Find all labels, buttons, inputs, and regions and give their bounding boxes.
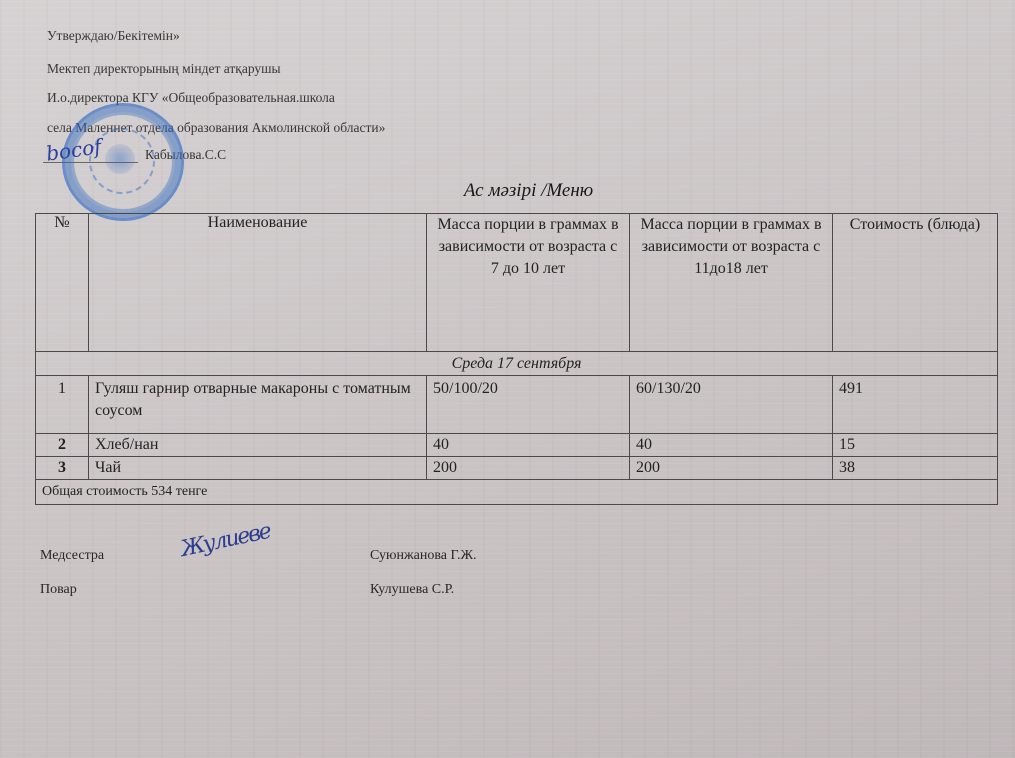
cook-role: Повар	[40, 582, 77, 597]
row-cost: 38	[833, 457, 998, 480]
cook-signature-row: Повар Кулушева С.Р.	[40, 582, 77, 598]
menu-table: № Наименование Масса порции в граммах в …	[35, 213, 998, 505]
row-mass-11-18: 200	[630, 457, 833, 480]
table-row: 3 Чай 200 200 38	[36, 457, 998, 480]
header-mass-11-18: Масса порции в граммах в зависимости от …	[630, 214, 833, 352]
total-cost: Общая стоимость 534 тенге	[36, 480, 998, 505]
row-cost: 15	[833, 434, 998, 457]
header-name: Наименование	[89, 214, 427, 352]
day-label: Среда 17 сентября	[36, 352, 998, 376]
row-num: 3	[36, 457, 89, 480]
approval-line-2: Мектеп директорының міндет атқарушы	[47, 61, 281, 77]
nurse-name: Суюнжанова Г.Ж.	[370, 548, 477, 564]
stamp-emblem-icon	[105, 144, 135, 174]
row-mass-7-10: 40	[427, 434, 630, 457]
approval-line-1: Утверждаю/Бекітемін»	[47, 28, 180, 44]
header-num: №	[36, 214, 89, 352]
day-row: Среда 17 сентября	[36, 352, 998, 376]
handwritten-signature: Жулиеве	[178, 519, 272, 562]
cook-name: Кулушева С.Р.	[370, 582, 454, 598]
row-num: 1	[36, 376, 89, 434]
row-num: 2	[36, 434, 89, 457]
row-name: Чай	[89, 457, 427, 480]
table-row: 2 Хлеб/нан 40 40 15	[36, 434, 998, 457]
nurse-signature-row: Медсестра Суюнжанова Г.Ж.	[40, 548, 104, 564]
approval-line-3: И.о.директора КГУ «Общеобразовательная.ш…	[47, 90, 335, 106]
total-row: Общая стоимость 534 тенге	[36, 480, 998, 505]
page-title: Ас мәзірі /Меню	[0, 180, 1015, 202]
row-mass-11-18: 40	[630, 434, 833, 457]
header-cost: Стоимость (блюда)	[833, 214, 998, 352]
row-cost: 491	[833, 376, 998, 434]
header-mass-7-10: Масса порции в граммах в зависимости от …	[427, 214, 630, 352]
official-stamp-icon	[62, 103, 184, 221]
row-name: Хлеб/нан	[89, 434, 427, 457]
row-mass-7-10: 200	[427, 457, 630, 480]
row-mass-11-18: 60/130/20	[630, 376, 833, 434]
table-header-row: № Наименование Масса порции в граммах в …	[36, 214, 998, 352]
nurse-role: Медсестра	[40, 548, 104, 563]
row-name: Гуляш гарнир отварные макароны с томатны…	[89, 376, 427, 434]
table-row: 1 Гуляш гарнир отварные макароны с томат…	[36, 376, 998, 434]
row-mass-7-10: 50/100/20	[427, 376, 630, 434]
